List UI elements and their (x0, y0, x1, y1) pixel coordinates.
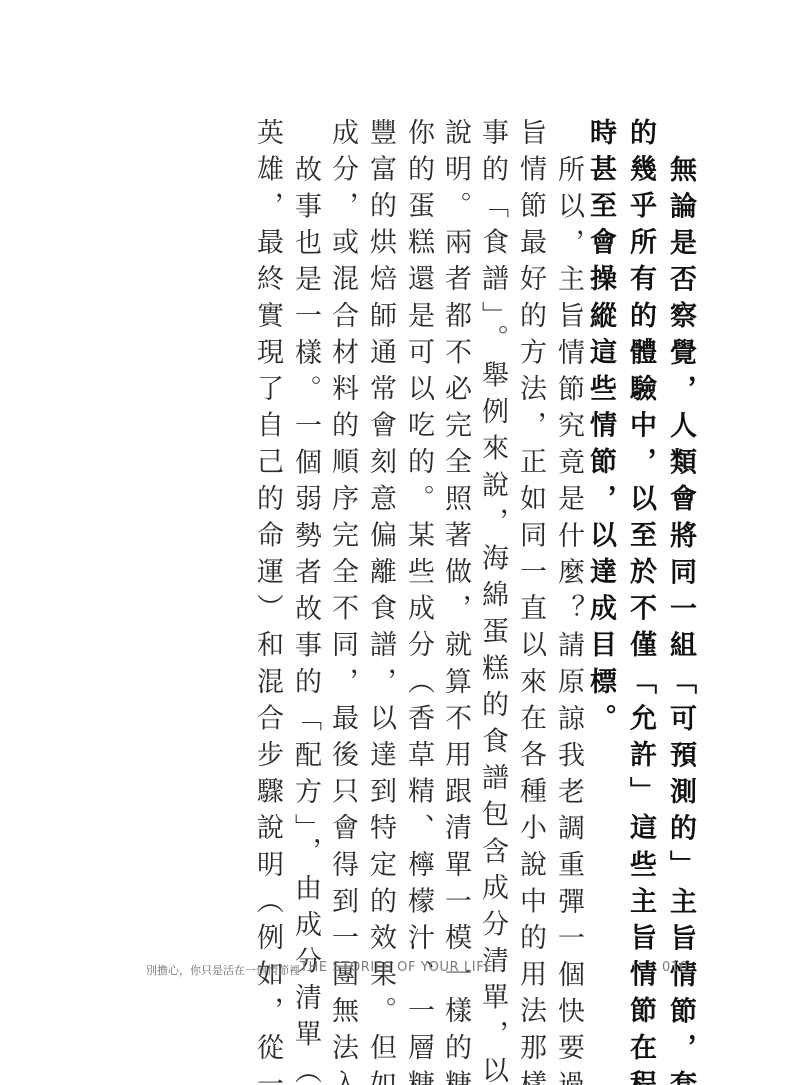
footer-book-title: 別擔心，你只是活在一個情節裡 (146, 962, 300, 978)
paragraph-3-line-2: 英雄，最終實現了自己的命運）和混合步驟說明（例如，從一開始的微末，到最後不可 (249, 118, 285, 918)
paragraph-2-line-5: 你的蛋糕還是可以吃的。某些成分（香草精、檸檬汁、一層糖霜）則可用可不用，經驗 (400, 118, 436, 918)
page-number: 010 (662, 960, 688, 975)
paragraph-3-line-1: 故事也是一樣。一個弱勢者故事的「配方」，由成分清單（例如，一個始於微末的 (287, 155, 323, 955)
paragraph-2-line-1: 所以，主旨情節究竟是什麼？請原諒我老調重彈一個快要過期的比喻，但理解主 (550, 155, 586, 955)
paragraph-1-line-1: 無論是否察覺，人類會將同一組「可預測的」主旨情節，套用在我們在生活所經歷 (662, 155, 698, 955)
book-page: 無論是否察覺，人類會將同一組「可預測的」主旨情節，套用在我們在生活所經歷 的幾乎… (0, 0, 800, 1085)
paragraph-1-line-2: 的幾乎所有的體驗中，以至於不僅「允許」這些主旨情節在程度上影響我們的決定，有 (622, 118, 658, 918)
paragraph-2-line-3: 事的「食譜」。舉例來說，海綿蛋糕的食譜包含成分清單，以及以特定順序混合的步驟 (474, 118, 510, 918)
paragraph-2-line-7: 成分，或混合材料的順序完全不同，最後只會得到一團無法入口的糟糕東西。 (324, 118, 360, 918)
paragraph-2-line-2: 旨情節最好的方法，正如同一直以來在各種小說中的用法那樣，是把它們想成構建故 (512, 118, 548, 918)
paragraph-2-line-6: 豐富的烘焙師通常會刻意偏離食譜，以達到特定的效果。但如果漏掉了任何一個關鍵 (362, 118, 398, 918)
paragraph-1-line-3: 時甚至會操縱這些情節，以達成目標。 (582, 118, 618, 918)
paragraph-2-line-4: 說明。兩者都不必完全照著做，就算不用跟清單一模一樣的糖、或是忘記過篩麵粉， (437, 118, 473, 918)
footer-english-title: THE STORIES OF YOUR LIFE (300, 960, 493, 975)
